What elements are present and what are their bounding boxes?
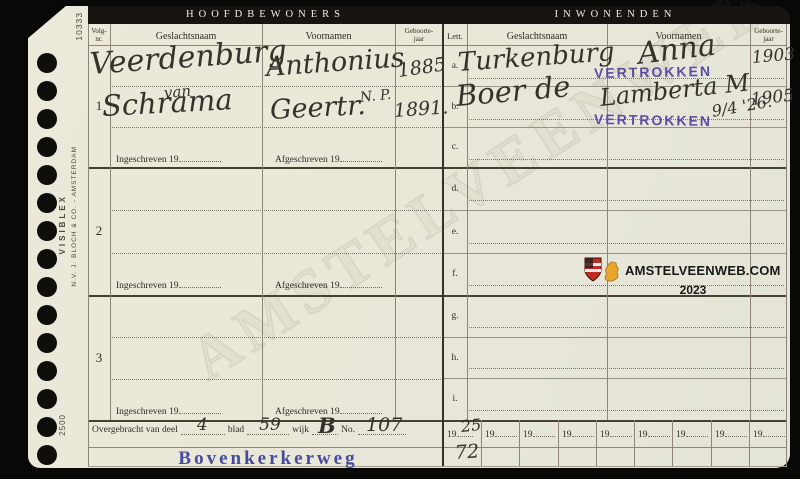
table-line xyxy=(672,420,673,466)
year-cell: 19 xyxy=(485,427,517,440)
birthyear-handwriting: 1903 xyxy=(751,46,796,67)
registration-year-handwriting: 25 xyxy=(460,417,482,435)
year-cell: 19 xyxy=(753,427,785,440)
serial-number-bottom: 2500 xyxy=(58,414,67,436)
house-number-handwriting: 72 xyxy=(454,442,479,463)
no-value-handwriting: 107 xyxy=(366,414,402,436)
birthyear-handwriting: 1891. xyxy=(393,98,449,121)
punch-hole xyxy=(37,445,57,465)
street-name-stamp: Bovenkerkerweg xyxy=(146,448,390,470)
writing-line xyxy=(112,379,441,380)
hoofdbewoners-title: HOOFDBEWONERS xyxy=(88,9,443,20)
punch-hole xyxy=(37,109,57,129)
table-line xyxy=(88,167,787,169)
punch-hole xyxy=(37,277,57,297)
row-number: 3 xyxy=(88,295,110,420)
punch-hole xyxy=(37,53,57,73)
table-line xyxy=(443,378,787,379)
year-cell: 19 xyxy=(676,427,708,440)
punch-hole xyxy=(37,417,57,437)
wijk-label: wijk xyxy=(292,425,309,435)
clipped-corner xyxy=(27,5,67,39)
watermark-year: 2023 xyxy=(628,283,758,297)
serial-number-top: 10333 xyxy=(74,12,84,41)
writing-line xyxy=(469,200,784,201)
column-header-birthyear-right: Geboorte- jaar xyxy=(750,27,787,43)
table-line xyxy=(596,420,597,466)
transfer-row: Overgebracht van deel 4 blad 59 wijk B N… xyxy=(92,425,440,435)
amstelveen-coat-of-arms-icon xyxy=(584,257,622,283)
table-line xyxy=(88,420,787,422)
no-blank: 107 xyxy=(358,425,406,435)
writing-line xyxy=(469,159,784,160)
brand-visiblex: VISIBLEX xyxy=(58,194,67,254)
writing-line xyxy=(469,327,784,328)
birthyear-handwriting: 1885 xyxy=(397,55,448,81)
table-line xyxy=(750,24,751,420)
surname-handwriting: Schrama xyxy=(101,85,233,121)
watermark-site: AMSTELVEENWEB.COM xyxy=(625,263,781,278)
year-cell: 19 xyxy=(715,427,747,440)
table-line xyxy=(110,24,111,420)
year-cell: 19 xyxy=(523,427,555,440)
punch-hole xyxy=(37,193,57,213)
punch-hole xyxy=(37,165,57,185)
writing-line xyxy=(469,368,784,369)
letter-cell: e. xyxy=(443,210,467,253)
column-header-lett: Lett. xyxy=(443,31,467,41)
writing-line xyxy=(112,253,441,254)
table-line xyxy=(443,253,787,254)
table-line xyxy=(749,420,750,466)
punch-hole xyxy=(37,305,57,325)
table-line xyxy=(634,420,635,466)
blad-value-handwriting: 59 xyxy=(259,415,281,435)
letter-cell: f. xyxy=(443,253,467,295)
punch-hole xyxy=(37,137,57,157)
writing-line xyxy=(112,337,441,338)
wijk-blank: B xyxy=(312,425,338,435)
table-line xyxy=(262,24,263,420)
row-number: 2 xyxy=(88,167,110,295)
table-line xyxy=(395,24,396,420)
punch-hole xyxy=(37,361,57,381)
table-line xyxy=(519,420,520,466)
writing-line xyxy=(112,127,441,128)
column-header-volgnr: Volg- nr. xyxy=(88,27,110,43)
year-cell: 19 xyxy=(562,427,594,440)
table-line xyxy=(558,420,559,466)
blad-blank: 59 xyxy=(247,425,289,435)
firstnames-handwriting: Anthonius xyxy=(265,44,405,81)
maker-imprint: N.V. J. BLOCH & CO. - AMSTERDAM xyxy=(71,146,78,287)
ingeschreven-label: Ingeschreven 19 xyxy=(116,278,221,291)
ingeschreven-label: Ingeschreven 19 xyxy=(116,152,221,165)
afgeschreven-label: Afgeschreven 19 xyxy=(275,152,382,165)
column-header-birthyear-left: Geboorte- jaar xyxy=(395,27,443,43)
table-line xyxy=(443,210,787,211)
table-line xyxy=(443,337,787,338)
firstnames-initials-handwriting: N. P. xyxy=(359,88,392,105)
registration-card: AMSTELVEENWEB 10333 VISIBLEX N.V. J. BLO… xyxy=(28,6,790,468)
firstnames-handwriting: Geertr. xyxy=(269,92,366,124)
surname-handwriting: Veerdenburg xyxy=(89,36,288,80)
no-label: No. xyxy=(341,425,355,435)
year-cell: 19 xyxy=(638,427,670,440)
punch-hole xyxy=(37,81,57,101)
writing-line xyxy=(469,410,784,411)
transfer-label: Overgebracht van deel xyxy=(92,425,178,435)
punch-hole xyxy=(37,249,57,269)
writing-line xyxy=(112,210,441,211)
wijk-value-handwriting: B xyxy=(318,413,336,438)
letter-cell: h. xyxy=(443,337,467,378)
letter-cell: g. xyxy=(443,295,467,337)
punch-hole xyxy=(37,221,57,241)
letter-cell: d. xyxy=(443,167,467,210)
deel-blank: 4 xyxy=(181,425,225,435)
vertrokken-stamp: VERTROKKEN xyxy=(594,112,712,128)
punch-hole xyxy=(37,389,57,409)
writing-line xyxy=(469,243,784,244)
afgeschreven-label: Afgeschreven 19 xyxy=(275,278,382,291)
deel-value-handwriting: 4 xyxy=(197,415,208,435)
blad-label: blad xyxy=(228,425,244,435)
table-line xyxy=(711,420,712,466)
inwonenden-title: INWONENDEN xyxy=(443,9,788,20)
year-cell: 19 xyxy=(600,427,632,440)
watermark: AMSTELVEENWEB.COM 2023 xyxy=(584,257,794,297)
letter-cell: i. xyxy=(443,378,467,420)
letter-cell: c. xyxy=(443,127,467,167)
punch-hole xyxy=(37,333,57,353)
